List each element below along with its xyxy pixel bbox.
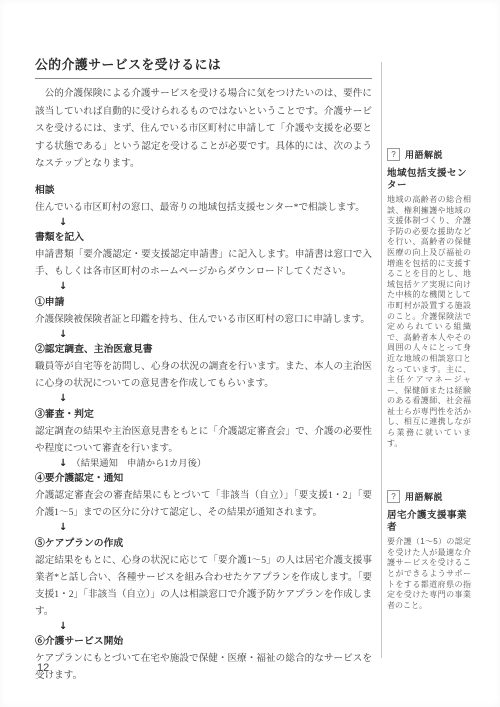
step-fill-documents: 書類を記入 申請書類「要介護認定・要支援認定申請書」に記入します。申請書は窓口で… — [35, 230, 372, 295]
step-heading: ⑥介護サービス開始 — [35, 634, 372, 650]
step-heading: ①申請 — [35, 295, 372, 311]
page-title: 公的介護サービスを受けるには — [35, 54, 372, 79]
glossary-badge: ? 用語解説 — [387, 490, 471, 503]
step-survey: ②認定調査、主治医意見書 職員等が自宅等を訪問し、心身の状況の調査を行います。ま… — [35, 342, 372, 407]
glossary-entry-chiiki-houkatsu: ? 用語解説 地域包括支援センター 地域の高齢者の総合相談、権利擁護や地域の支援… — [387, 148, 471, 449]
arrow-row: ↓ — [35, 620, 372, 635]
glossary-badge-label: 用語解説 — [405, 148, 443, 161]
step-certification: ④要介護認定・通知 介護認定審査会の審査結果にもとづいて「非該当（自立）」「要支… — [35, 471, 372, 536]
step-heading: 相談 — [35, 183, 372, 199]
question-icon: ? — [387, 490, 400, 503]
glossary-sidebar: ? 用語解説 地域包括支援センター 地域の高齢者の総合相談、権利擁護や地域の支援… — [387, 148, 471, 611]
step-body: 介護認定審査会の審査結果にもとづいて「非該当（自立）」「要支援1・2」「要介護1… — [35, 487, 372, 521]
step-body: 認定調査の結果や主治医意見書をもとに「介護認定審査会」で、介護の必要性や程度につ… — [35, 423, 372, 457]
down-arrow-icon: ↓ — [59, 328, 67, 343]
glossary-badge: ? 用語解説 — [387, 148, 471, 161]
glossary-badge-label: 用語解説 — [405, 490, 443, 503]
document-page: 公的介護サービスを受けるには 公的介護保険による介護サービスを受ける場合に気をつ… — [0, 0, 500, 707]
step-heading: ④要介護認定・通知 — [35, 471, 372, 487]
page-number: 12 — [37, 662, 49, 674]
arrow-note: （結果通知 申請から1カ月後） — [71, 457, 206, 472]
arrow-row: ↓ — [35, 328, 372, 343]
step-judgement: ③審査・判定 認定調査の結果や主治医意見書をもとに「介護認定審査会」で、介護の必… — [35, 407, 372, 472]
intro-paragraph: 公的介護保険による介護サービスを受ける場合に気をつけたいのは、要件に該当していれ… — [35, 85, 372, 173]
arrow-row: ↓ — [35, 521, 372, 536]
down-arrow-icon: ↓ — [59, 280, 67, 295]
glossary-definition: 地域の高齢者の総合相談、権利擁護や地域の支援体制づくり、介護予防の必要な援助など… — [387, 195, 471, 449]
down-arrow-icon: ↓ — [59, 216, 67, 231]
step-body: 認定結果をもとに、心身の状況に応じて「要介護1〜5」の人は居宅介護支援事業者*と… — [35, 552, 372, 620]
step-application: ①申請 介護保険被保険者証と印鑑を持ち、住んでいる市区町村の窓口に申請します。 … — [35, 295, 372, 343]
question-icon: ? — [387, 148, 400, 161]
down-arrow-icon: ↓ — [59, 620, 67, 635]
step-service-start: ⑥介護サービス開始 ケアプランにもとづいて在宅や施設で保健・医療・福祉の総合的な… — [35, 634, 372, 684]
step-heading: ②認定調査、主治医意見書 — [35, 342, 372, 358]
column-divider — [381, 62, 382, 658]
step-care-plan: ⑤ケアプランの作成 認定結果をもとに、心身の状況に応じて「要介護1〜5」の人は居… — [35, 536, 372, 635]
arrow-row: ↓ — [35, 280, 372, 295]
step-body: 職員等が自宅等を訪問し、心身の状況の調査を行います。また、本人の主治医に心身の状… — [35, 358, 372, 392]
step-body: 介護保険被保険者証と印鑑を持ち、住んでいる市区町村の窓口に申請します。 — [35, 311, 372, 328]
down-arrow-icon: ↓ — [59, 521, 67, 536]
glossary-term: 居宅介護支援事業者 — [387, 510, 471, 533]
step-heading: ⑤ケアプランの作成 — [35, 536, 372, 552]
arrow-row: ↓ （結果通知 申請から1カ月後） — [35, 457, 372, 472]
glossary-definition: 要介護（1〜5）の認定を受けた人が最適な介護サービスを受けることができるようサポ… — [387, 537, 471, 611]
glossary-entry-kyotaku-kaigo: ? 用語解説 居宅介護支援事業者 要介護（1〜5）の認定を受けた人が最適な介護サ… — [387, 490, 471, 611]
arrow-row: ↓ — [35, 216, 372, 231]
step-consultation: 相談 住んでいる市区町村の窓口、最寄りの地域包括支援センター*で相談します。 ↓ — [35, 183, 372, 231]
step-heading: ③審査・判定 — [35, 407, 372, 423]
step-body: ケアプランにもとづいて在宅や施設で保健・医療・福祉の総合的なサービスを受けます。 — [35, 650, 372, 684]
main-column: 公的介護サービスを受けるには 公的介護保険による介護サービスを受ける場合に気をつ… — [35, 54, 372, 684]
down-arrow-icon: ↓ — [59, 457, 67, 472]
step-body: 住んでいる市区町村の窓口、最寄りの地域包括支援センター*で相談します。 — [35, 199, 372, 216]
step-body: 申請書類「要介護認定・要支援認定申請書」に記入します。申請書は窓口で入手、もしく… — [35, 246, 372, 280]
arrow-row: ↓ — [35, 392, 372, 407]
down-arrow-icon: ↓ — [59, 392, 67, 407]
glossary-term: 地域包括支援センター — [387, 168, 471, 191]
step-heading: 書類を記入 — [35, 230, 372, 246]
